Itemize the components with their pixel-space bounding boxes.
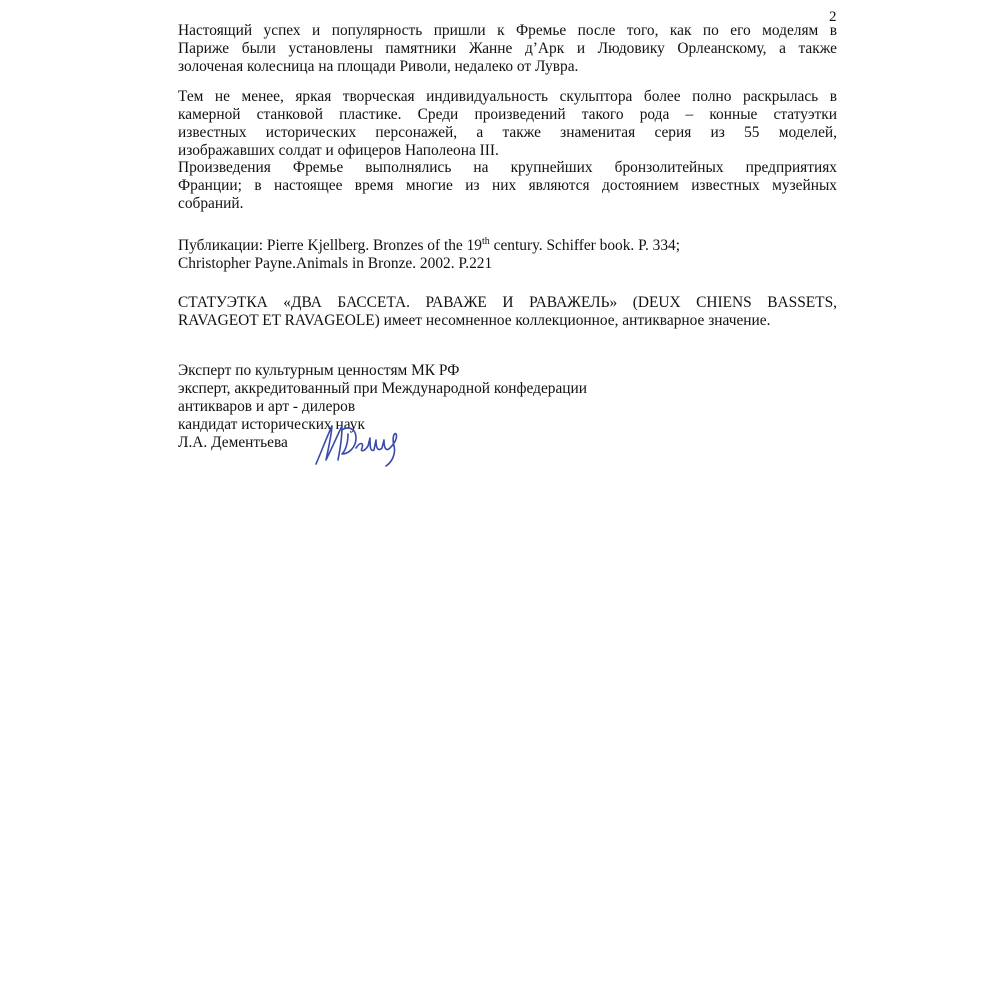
text-line: собраний. (178, 195, 837, 213)
document-page: 2 Настоящий успех и популярность пришли … (0, 0, 1000, 1000)
expert-signature-block: Эксперт по культурным ценностям МК РФ эк… (178, 362, 837, 452)
publication-text: Публикации: Pierre Kjellberg. Bronzes of… (178, 237, 482, 254)
publication-text: century. Schiffer book. P. 334; (490, 237, 680, 254)
expert-title: Эксперт по культурным ценностям МК РФ (178, 362, 837, 380)
paragraph-foundries: Произведения Фремье выполнялись на крупн… (178, 159, 837, 213)
paragraph-individuality: Тем не менее, яркая творческая индивидуа… (178, 88, 837, 160)
text-line: Тем не менее, яркая творческая индивидуа… (178, 88, 837, 106)
publication-line: Публикации: Pierre Kjellberg. Bronzes of… (178, 237, 837, 255)
text-line: Франции; в настоящее время многие из них… (178, 177, 837, 195)
text-line: золоченая колесница на площади Риволи, н… (178, 58, 837, 76)
statement-line: СТАТУЭТКА «ДВА БАССЕТА. РАВАЖЕ И РАВАЖЕЛ… (178, 294, 837, 312)
text-line: камерной станковой пластике. Среди произ… (178, 106, 837, 124)
superscript: th (482, 236, 490, 247)
text-line: Настоящий успех и популярность пришли к … (178, 22, 837, 40)
publications: Публикации: Pierre Kjellberg. Bronzes of… (178, 237, 837, 273)
statement-line: RAVAGEOT ET RAVAGEOLE) имеет несомненное… (178, 312, 837, 330)
text-line: Произведения Фремье выполнялись на крупн… (178, 159, 837, 177)
expert-name: Л.А. Дементьева (178, 434, 837, 452)
text-line: изображавших солдат и офицеров Наполеона… (178, 142, 837, 160)
paragraph-success: Настоящий успех и популярность пришли к … (178, 22, 837, 76)
publication-line: Christopher Payne.Animals in Bronze. 200… (178, 255, 837, 273)
text-line: Париже были установлены памятники Жанне … (178, 40, 837, 58)
expert-accreditation: эксперт, аккредитованный при Международн… (178, 380, 837, 398)
statement: СТАТУЭТКА «ДВА БАССЕТА. РАВАЖЕ И РАВАЖЕЛ… (178, 294, 837, 330)
text-line: известных исторических персонажей, а так… (178, 124, 837, 142)
expert-degree: кандидат исторических наук (178, 416, 837, 434)
expert-accreditation-cont: антикваров и арт - дилеров (178, 398, 837, 416)
handwritten-signature-icon (312, 420, 412, 468)
